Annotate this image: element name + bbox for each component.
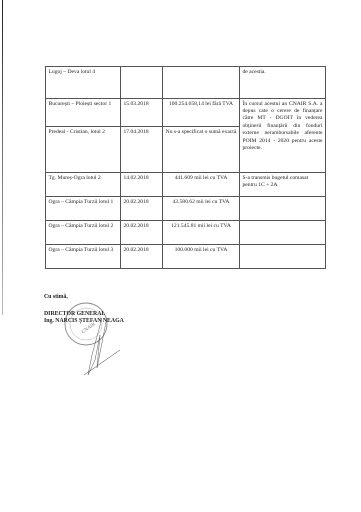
scan-edge-line [2,0,3,315]
signature-block: DIRECTOR GENERAL Ing. NARCIS ȘTEFAN NEAG… [44,311,124,326]
observations-cell: S-a transmis bugetul comasat pentru 1C +… [240,173,326,197]
observations-cell: În cursul acestui an CNAIR S.A. a depus … [240,99,326,173]
value-cell: 43.580.62 mii lei cu TVA [163,197,240,221]
observations-cell: de acestia. [240,67,326,99]
section-cell: Lugoj – Deva lotul 4 [46,67,121,99]
signatory-title: DIRECTOR GENERAL [44,311,124,318]
value-cell: 441.609 mii lei cu TVA [163,173,240,197]
date-cell: 20.02.2018 [121,221,163,245]
observations-cell [240,245,326,269]
value-cell: 100.000 mii lei cu TVA [163,245,240,269]
table-row: Ogra – Câmpia Turzii lotul 2 20.02.2018 … [46,221,326,245]
value-cell [163,67,240,99]
date-cell: 15.03.2018 [121,99,163,127]
table-row: București – Ploiești sector 1 15.03.2018… [46,99,326,127]
value-cell: 121.545.81 mii lei cu TVA [163,221,240,245]
section-cell: Ogra – Câmpia Turzii lotul 1 [46,197,121,221]
observations-cell [240,221,326,245]
date-cell: 20.02.2018 [121,245,163,269]
projects-table: Lugoj – Deva lotul 4 de acestia. Bucureș… [45,66,326,269]
date-cell [121,67,163,99]
table-row: Ogra – Câmpia Turzii lotul 3 20.02.2018 … [46,245,326,269]
table-row: Ogra – Câmpia Turzii lotul 1 20.02.2018 … [46,197,326,221]
signatory-name: Ing. NARCIS ȘTEFAN NEAGA [44,318,124,325]
observations-cell [240,197,326,221]
table-row: Tg. Mureș-Ogra lotul 2 14.02.2018 441.60… [46,173,326,197]
date-cell: 20.02.2018 [121,197,163,221]
section-cell: București – Ploiești sector 1 [46,99,121,127]
section-cell: Ogra – Câmpia Turzii lotul 2 [46,221,121,245]
date-cell: 17.04.2018 [121,127,163,173]
value-cell: Nu s-a specificat o sumă exactă [163,127,240,173]
section-cell: Predeal - Cristian, lotul 2 [46,127,121,173]
section-cell: Tg. Mureș-Ogra lotul 2 [46,173,121,197]
date-cell: 14.02.2018 [121,173,163,197]
value-cell: 100.254.658,14 lei fără TVA [163,99,240,127]
section-cell: Ogra – Câmpia Turzii lotul 3 [46,245,121,269]
table-row: Lugoj – Deva lotul 4 de acestia. [46,67,326,99]
